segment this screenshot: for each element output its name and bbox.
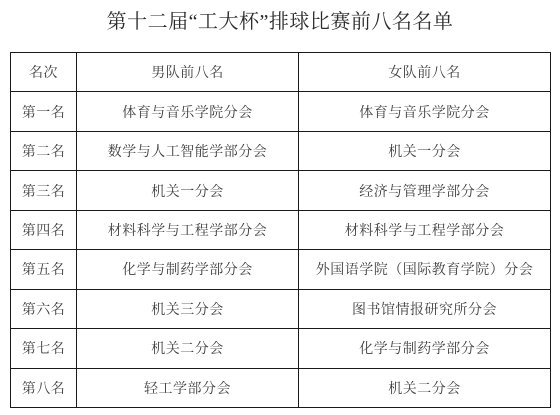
- men-cell: 机关一分会: [77, 171, 299, 210]
- rank-cell: 第八名: [11, 368, 77, 408]
- table-row: 第五名 化学与制药学部分会 外国语学院（国际教育学院）分会: [11, 250, 551, 289]
- men-cell: 机关三分会: [77, 289, 299, 328]
- men-cell: 化学与制药学部分会: [77, 250, 299, 289]
- rank-cell: 第五名: [11, 250, 77, 289]
- women-cell: 图书馆情报研究所分会: [299, 289, 551, 328]
- men-cell: 数学与人工智能学部分会: [77, 131, 299, 170]
- women-cell: 体育与音乐学院分会: [299, 92, 551, 131]
- table-row: 第四名 材料科学与工程学部分会 材料科学与工程学部分会: [11, 210, 551, 249]
- header-row: 名次 男队前八名 女队前八名: [11, 53, 551, 92]
- ranking-table: 名次 男队前八名 女队前八名 第一名 体育与音乐学院分会 体育与音乐学院分会 第…: [10, 52, 551, 408]
- men-cell: 轻工学部分会: [77, 368, 299, 408]
- men-cell: 材料科学与工程学部分会: [77, 210, 299, 249]
- table-row: 第二名 数学与人工智能学部分会 机关一分会: [11, 131, 551, 170]
- women-cell: 外国语学院（国际教育学院）分会: [299, 250, 551, 289]
- women-column-header: 女队前八名: [299, 53, 551, 92]
- women-cell: 经济与管理学部分会: [299, 171, 551, 210]
- table-row: 第七名 机关二分会 化学与制药学部分会: [11, 329, 551, 368]
- men-column-header: 男队前八名: [77, 53, 299, 92]
- women-cell: 机关一分会: [299, 131, 551, 170]
- rank-column-header: 名次: [11, 53, 77, 92]
- men-cell: 体育与音乐学院分会: [77, 92, 299, 131]
- page-title: 第十二届“工大杯”排球比赛前八名名单: [0, 8, 560, 36]
- table-row: 第六名 机关三分会 图书馆情报研究所分会: [11, 289, 551, 328]
- women-cell: 机关二分会: [299, 368, 551, 408]
- table-row: 第一名 体育与音乐学院分会 体育与音乐学院分会: [11, 92, 551, 131]
- women-cell: 化学与制药学部分会: [299, 329, 551, 368]
- table-row: 第八名 轻工学部分会 机关二分会: [11, 368, 551, 408]
- rank-cell: 第四名: [11, 210, 77, 249]
- rank-cell: 第三名: [11, 171, 77, 210]
- rank-cell: 第七名: [11, 329, 77, 368]
- men-cell: 机关二分会: [77, 329, 299, 368]
- document-page: 第十二届“工大杯”排球比赛前八名名单 名次 男队前八名 女队前八名 第一名 体育…: [0, 0, 560, 415]
- women-cell: 材料科学与工程学部分会: [299, 210, 551, 249]
- rank-cell: 第一名: [11, 92, 77, 131]
- table-row: 第三名 机关一分会 经济与管理学部分会: [11, 171, 551, 210]
- rank-cell: 第六名: [11, 289, 77, 328]
- rank-cell: 第二名: [11, 131, 77, 170]
